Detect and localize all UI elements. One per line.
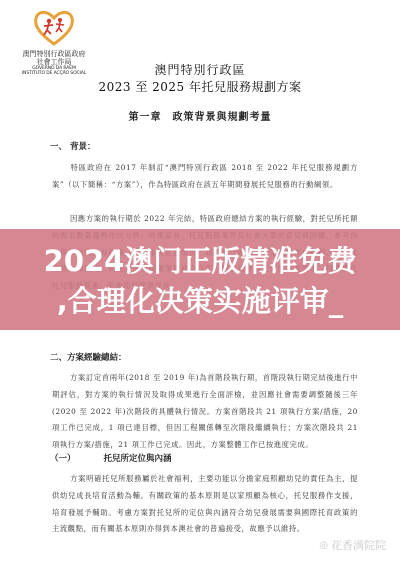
document-title-line2: 2023 至 2025 年托兒服務規劃方案 <box>0 78 400 95</box>
section-heading-summary: 二、方案經驗總結： <box>50 351 127 363</box>
paragraph-text: 方案訂定首兩年(2018 至 2019 年)為首階段執行期，首階段執行期完結後進… <box>52 373 358 449</box>
logo-org-zh-1: 澳門特別行政區政府 <box>14 50 94 58</box>
weibo-icon: ◎ <box>319 540 328 551</box>
watermark: ◎ 花香满院院 <box>319 537 386 553</box>
document-title-line1: 澳門特別行政區 <box>0 61 400 78</box>
watermark-text: 花香满院院 <box>331 537 386 553</box>
overlay-title-line1: 2024澳门正版精准免费 <box>0 244 400 278</box>
paragraph: 特區政府在 2017 年制訂“澳門特別行政區 2018 至 2022 年托兒服務… <box>52 160 358 194</box>
subsection-heading: （一） 托兒所定位與內涵 <box>50 452 171 464</box>
overlay-title-line2: ,合理化决策实施评审_ <box>0 284 400 318</box>
chapter-heading: 第一章 政策背景與規劃考量 <box>0 108 400 123</box>
subsection-number: （一） <box>50 454 76 464</box>
paragraph: 方案訂定首兩年(2018 至 2019 年)為首階段執行期，首階段執行期完結後進… <box>52 370 358 454</box>
paragraph: 方案明確托兒所服務屬於社會福利，主要功能以分擔家庭照顧幼兒的責任為主，提供幼兒成… <box>52 471 358 538</box>
paragraph-text: 特區政府在 2017 年制訂“澳門特別行政區 2018 至 2022 年托兒服務… <box>52 163 358 189</box>
paragraph-text: 方案明確托兒所服務屬於社會福利，主要功能以分擔家庭照顧幼兒的責任為主，提供幼兒成… <box>52 474 358 533</box>
subsection-title: 托兒所定位與內涵 <box>103 454 171 464</box>
heart-logo-icon <box>32 8 76 48</box>
section-heading-background: 一、 背景： <box>50 140 95 152</box>
